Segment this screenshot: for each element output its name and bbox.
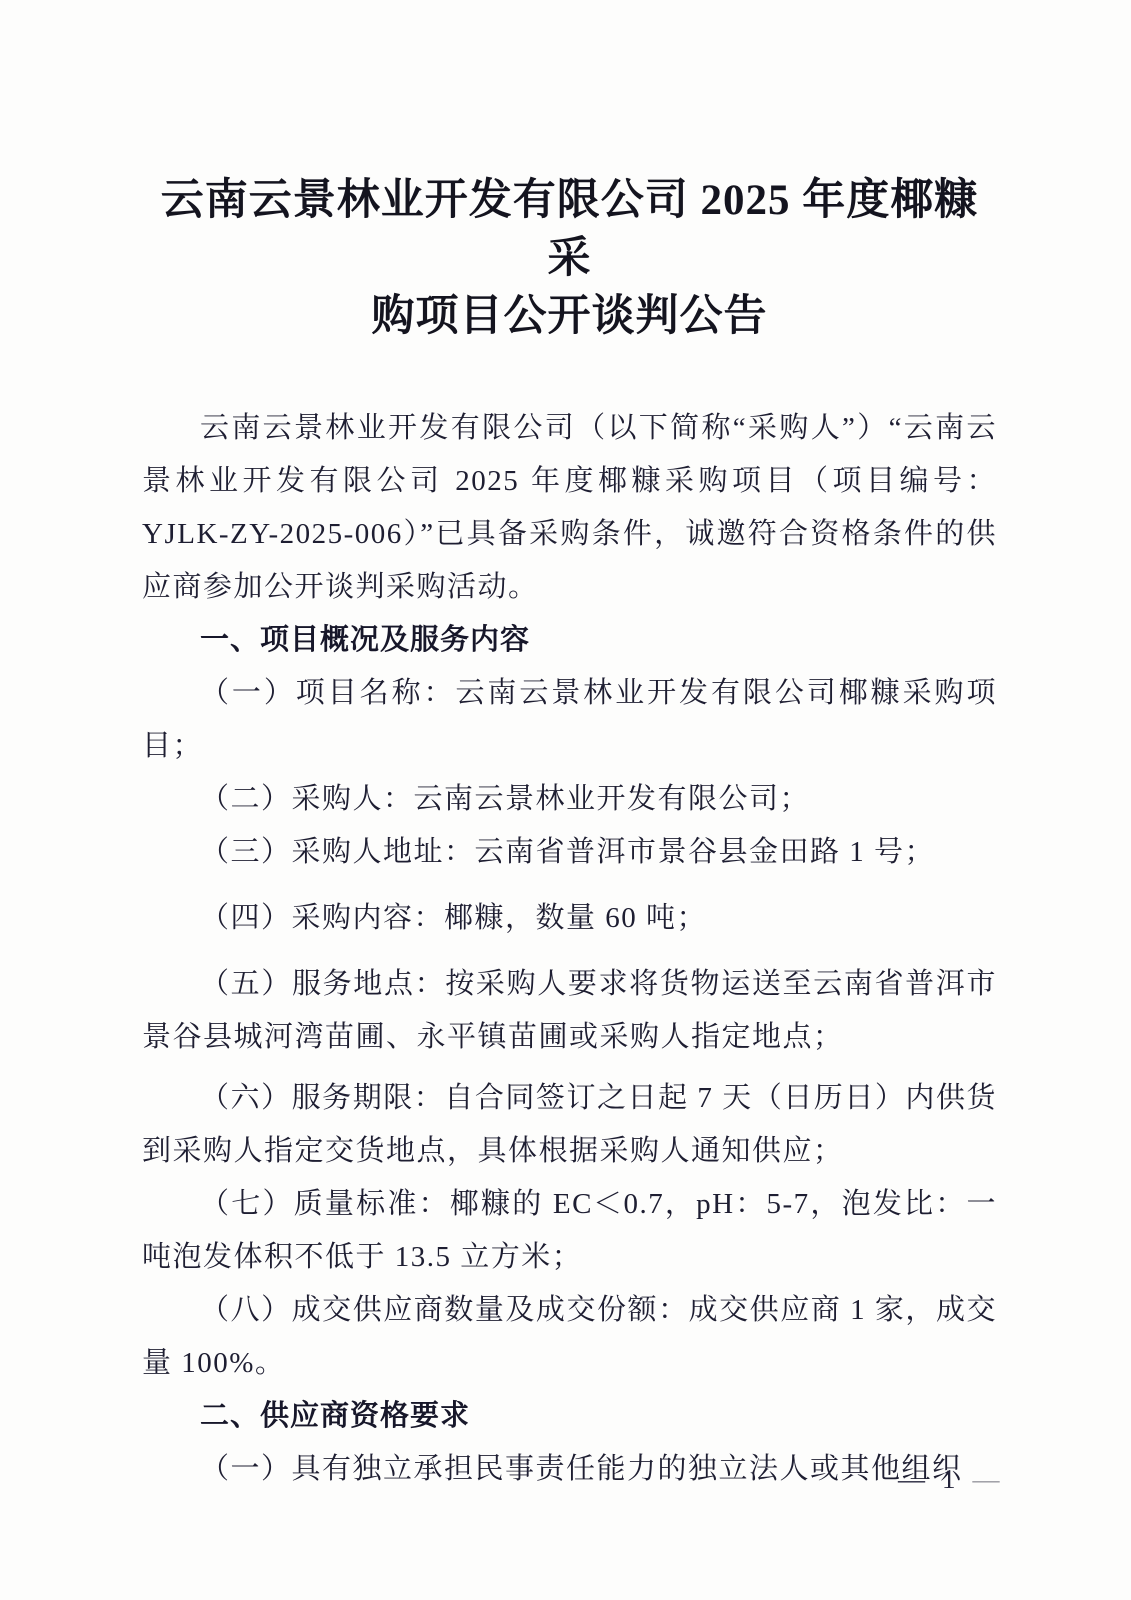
footer-dash-left: — — [898, 1464, 926, 1494]
section1-heading: 一、项目概况及服务内容 — [142, 614, 997, 667]
section1-item-7: （七）质量标准：椰糠的 EC＜0.7，pH：5-7，泡发比：一吨泡发体积不低于 … — [142, 1178, 997, 1284]
intro-paragraph: 云南云景林业开发有限公司（以下简称“采购人”）“云南云景林业开发有限公司 202… — [142, 402, 997, 614]
section2-heading: 二、供应商资格要求 — [142, 1390, 997, 1443]
document-content: 云南云景林业开发有限公司 2025 年度椰糠采购项目公开谈判公告 云南云景林业开… — [142, 172, 997, 1496]
section1-item-1: （一）项目名称：云南云景林业开发有限公司椰糠采购项目； — [142, 667, 997, 773]
section1-item-8: （八）成交供应商数量及成交份额：成交供应商 1 家，成交量 100%。 — [142, 1284, 997, 1390]
footer-page-number: 1 — [942, 1464, 957, 1494]
document-title: 云南云景林业开发有限公司 2025 年度椰糠采购项目公开谈判公告 — [142, 172, 997, 346]
section1-item-3: （三）采购人地址：云南省普洱市景谷县金田路 1 号； — [142, 826, 997, 879]
section1-item-4: （四）采购内容：椰糠，数量 60 吨； — [142, 892, 997, 945]
section1-item-5: （五）服务地点：按采购人要求将货物运送至云南省普洱市景谷县城河湾苗圃、永平镇苗圃… — [142, 958, 997, 1064]
section1-item-2: （二）采购人：云南云景林业开发有限公司； — [142, 773, 997, 826]
section1-item-6: （六）服务期限：自合同签订之日起 7 天（日历日）内供货到采购人指定交货地点，具… — [142, 1072, 997, 1178]
document-title-line2: 购项目公开谈判公告 — [372, 293, 768, 340]
document-page: 云南云景林业开发有限公司 2025 年度椰糠采购项目公开谈判公告 云南云景林业开… — [0, 0, 1131, 1600]
document-title-line1: 云南云景林业开发有限公司 2025 年度椰糠采 — [161, 177, 979, 282]
section2-item-1: （一）具有独立承担民事责任能力的独立法人或其他组织 — [142, 1443, 997, 1496]
page-number: —1— — [898, 1464, 1001, 1495]
footer-dash-right: — — [973, 1464, 1001, 1494]
